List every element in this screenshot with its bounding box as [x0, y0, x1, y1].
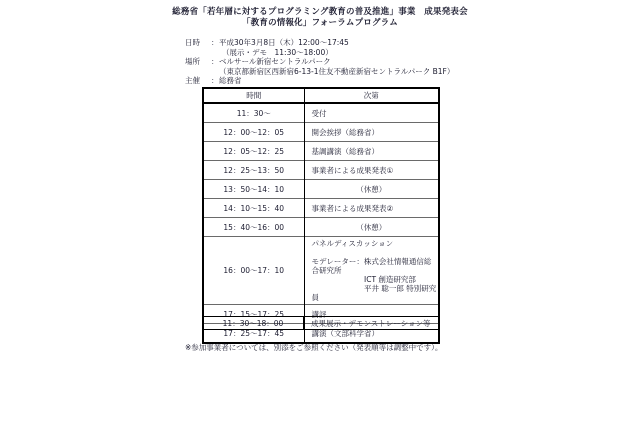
info-row-place: 場所 ： ベルサール新宿セントラルパーク （東京都新宿区西新宿6-13-1住友不…: [185, 57, 485, 76]
label-separator: ：: [211, 57, 219, 67]
datetime-value-block: 平成30年3月8日（木）12:00～17:45 （展示・デモ 11:30～18:…: [219, 38, 485, 57]
datetime-label: 日時: [185, 38, 211, 48]
schedule-table: 時間 次第 11：30～ 受付 12：00～12：05 開会挨拶（総務省） 12…: [202, 87, 440, 344]
page-title: 総務省「若年層に対するプログラミング教育の普及推進」事業 成果発表会: [0, 7, 640, 17]
place-value: ベルサール新宿セントラルパーク: [219, 57, 485, 67]
datetime-demo-hours: （展示・デモ 11:30～18:00）: [219, 48, 485, 58]
schedule-row-panel-discussion: 16：00～17：10 パネルディスカッション モデレーター：株式会社情報通信総…: [203, 237, 439, 305]
host-value: 総務省: [219, 76, 485, 86]
schedule-header-item: 次第: [304, 88, 439, 103]
schedule-time-cell: 12：05～12：25: [203, 142, 304, 161]
program-document-page: 総務省「若年層に対するプログラミング教育の普及推進」事業 成果発表会 「教育の情…: [0, 0, 640, 426]
schedule-time-cell: 15：40～16：00: [203, 218, 304, 237]
schedule-time-cell: 13：50～14：10: [203, 180, 304, 199]
schedule-row-reception: 11：30～ 受付: [203, 103, 439, 123]
schedule-item-cell: 事業者による成果発表①: [304, 161, 439, 180]
schedule-row-presentation2: 14：10～15：40 事業者による成果発表②: [203, 199, 439, 218]
footnote: ※参加事業者については、別添をご参照ください（発表順等は調整中です）。: [185, 342, 442, 353]
schedule-time-cell: 16：00～17：10: [203, 237, 304, 305]
schedule-row-keynote: 12：05～12：25 基調講演（総務省）: [203, 142, 439, 161]
document-title: 総務省「若年層に対するプログラミング教育の普及推進」事業 成果発表会 「教育の情…: [0, 7, 640, 28]
place-address: （東京都新宿区西新宿6-13-1住友不動産新宿セントラルパーク B1F）: [219, 67, 485, 77]
place-label: 場所: [185, 57, 211, 67]
label-separator: ：: [211, 76, 219, 86]
schedule-time-cell: 11：30～: [203, 103, 304, 123]
place-value-block: ベルサール新宿セントラルパーク （東京都新宿区西新宿6-13-1住友不動産新宿セ…: [219, 57, 485, 76]
schedule-item-cell: 開会挨拶（総務省）: [304, 123, 439, 142]
schedule-header-time: 時間: [203, 88, 304, 103]
event-info-block: 日時 ： 平成30年3月8日（木）12:00～17:45 （展示・デモ 11:3…: [185, 38, 485, 86]
schedule-time-cell: 12：00～12：05: [203, 123, 304, 142]
exhibit-row: 11：30～18：00 成果展示・デモンストレーション等: [203, 317, 439, 330]
schedule-time-cell: 14：10～15：40: [203, 199, 304, 218]
schedule-item-cell: 基調講演（総務省）: [304, 142, 439, 161]
host-label: 主催: [185, 76, 211, 86]
schedule-time-cell: 12：25～13：50: [203, 161, 304, 180]
exhibit-time-cell: 11：30～18：00: [203, 317, 304, 330]
datetime-value: 平成30年3月8日（木）12:00～17:45: [219, 38, 485, 48]
schedule-item-cell: パネルディスカッション モデレーター：株式会社情報通信総合研究所 ICT 創造研…: [304, 237, 439, 305]
schedule-header-row: 時間 次第: [203, 88, 439, 103]
schedule-item-cell: 事業者による成果発表②: [304, 199, 439, 218]
schedule-item-cell: （休憩）: [304, 180, 439, 199]
schedule-row-presentation1: 12：25～13：50 事業者による成果発表①: [203, 161, 439, 180]
schedule-row-break1: 13：50～14：10 （休憩）: [203, 180, 439, 199]
info-row-datetime: 日時 ： 平成30年3月8日（木）12:00～17:45 （展示・デモ 11:3…: [185, 38, 485, 57]
exhibit-item-cell: 成果展示・デモンストレーション等: [304, 317, 439, 330]
label-separator: ：: [211, 38, 219, 48]
schedule-row-opening: 12：00～12：05 開会挨拶（総務省）: [203, 123, 439, 142]
schedule-item-cell: 受付: [304, 103, 439, 123]
schedule-row-break2: 15：40～16：00 （休憩）: [203, 218, 439, 237]
schedule-item-cell: （休憩）: [304, 218, 439, 237]
page-subtitle: 「教育の情報化」フォーラムプログラム: [0, 18, 640, 28]
info-row-host: 主催 ： 総務省: [185, 76, 485, 86]
exhibit-table: 11：30～18：00 成果展示・デモンストレーション等: [202, 316, 439, 330]
